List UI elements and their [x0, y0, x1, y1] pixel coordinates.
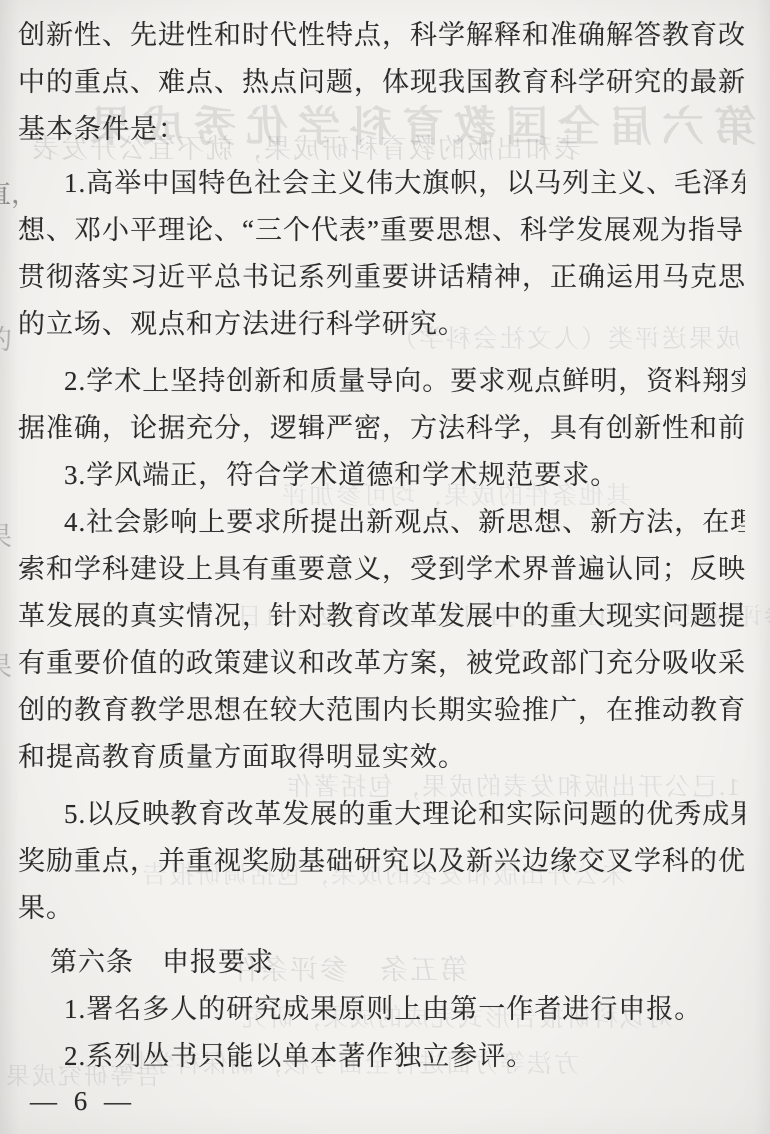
text-line: 2.系列丛书只能以单本著作独立参评。 — [18, 1033, 745, 1080]
text-line: 奖励重点，并重视奖励基础研究以及新兴边缘交叉学科的优秀成 — [18, 838, 745, 885]
text-line: 的立场、观点和方法进行科学研究。 — [18, 301, 745, 348]
section-heading: 第六条 申报要求 — [18, 939, 745, 986]
text-line: 和提高教育质量方面取得明显实效。 — [18, 734, 745, 781]
text-line: 1.署名多人的研究成果原则上由第一作者进行申报。 — [18, 986, 745, 1033]
text-line: 贯彻落实习近平总书记系列重要讲话精神，正确运用马克思主义 — [18, 254, 745, 301]
text-line: 想、邓小平理论、“三个代表”重要思想、科学发展观为指导，深入 — [18, 207, 745, 254]
text-line: 有重要价值的政策建议和改革方案，被党政部门充分吸收采纳；独 — [18, 640, 745, 687]
page-number: — 6 — — [30, 1086, 136, 1117]
text-line: 索和学科建设上具有重要意义，受到学术界普遍认同；反映教育改 — [18, 546, 745, 593]
text-line: 中的重点、难点、热点问题，体现我国教育科学研究的最新水平。 — [18, 59, 745, 106]
text-line: 3.学风端正，符合学术道德和学术规范要求。 — [18, 452, 745, 499]
text-line: 4.社会影响上要求所提出新观点、新思想、新方法，在理论探 — [18, 499, 745, 546]
text-line: 创新性、先进性和时代性特点，科学解释和准确解答教育改革发展 — [18, 12, 745, 59]
text-line: 果。 — [18, 885, 745, 932]
text-line: 创的教育教学思想在较大范围内长期实验推广，在推动教育改革 — [18, 687, 745, 734]
text-line: 2.学术上坚持创新和质量导向。要求观点鲜明，资料翔实，数 — [18, 358, 745, 405]
text-line: 1.高举中国特色社会主义伟大旗帜，以马列主义、毛泽东思 — [18, 160, 745, 207]
body-text: 创新性、先进性和时代性特点，科学解释和准确解答教育改革发展 中的重点、难点、热点… — [18, 12, 745, 1080]
text-line: 基本条件是： — [18, 106, 745, 153]
scan-edge-artifact: 果 — [0, 515, 12, 554]
text-line: 据准确，论据充分，逻辑严密，方法科学，具有创新性和前沿性。 — [18, 405, 745, 452]
document-page: 第六届全国教育科学优秀成果 表和出版的教育科研成果，就不宜公开发表 成果送评类（… — [0, 0, 770, 1134]
scan-edge-artifact: 的 — [0, 318, 12, 357]
text-line: 5.以反映教育改革发展的重大理论和实际问题的优秀成果为 — [18, 791, 745, 838]
text-line: 革发展的真实情况，针对教育改革发展中的重大现实问题提出具 — [18, 593, 745, 640]
scan-edge-artifact: 果 — [0, 645, 12, 684]
